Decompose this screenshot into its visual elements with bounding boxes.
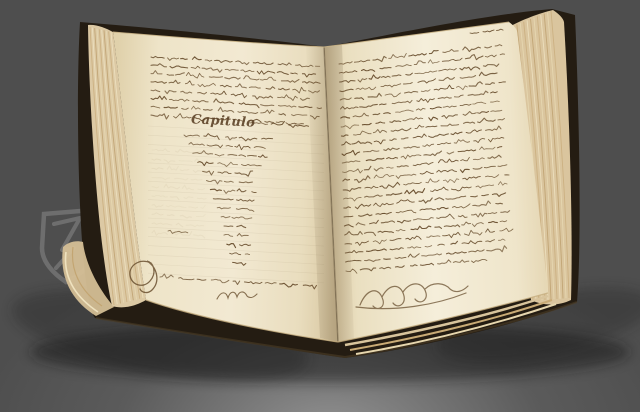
- left-page: [113, 32, 338, 342]
- photo-scene: Capitulo: [0, 0, 640, 412]
- book-photo: [0, 0, 640, 412]
